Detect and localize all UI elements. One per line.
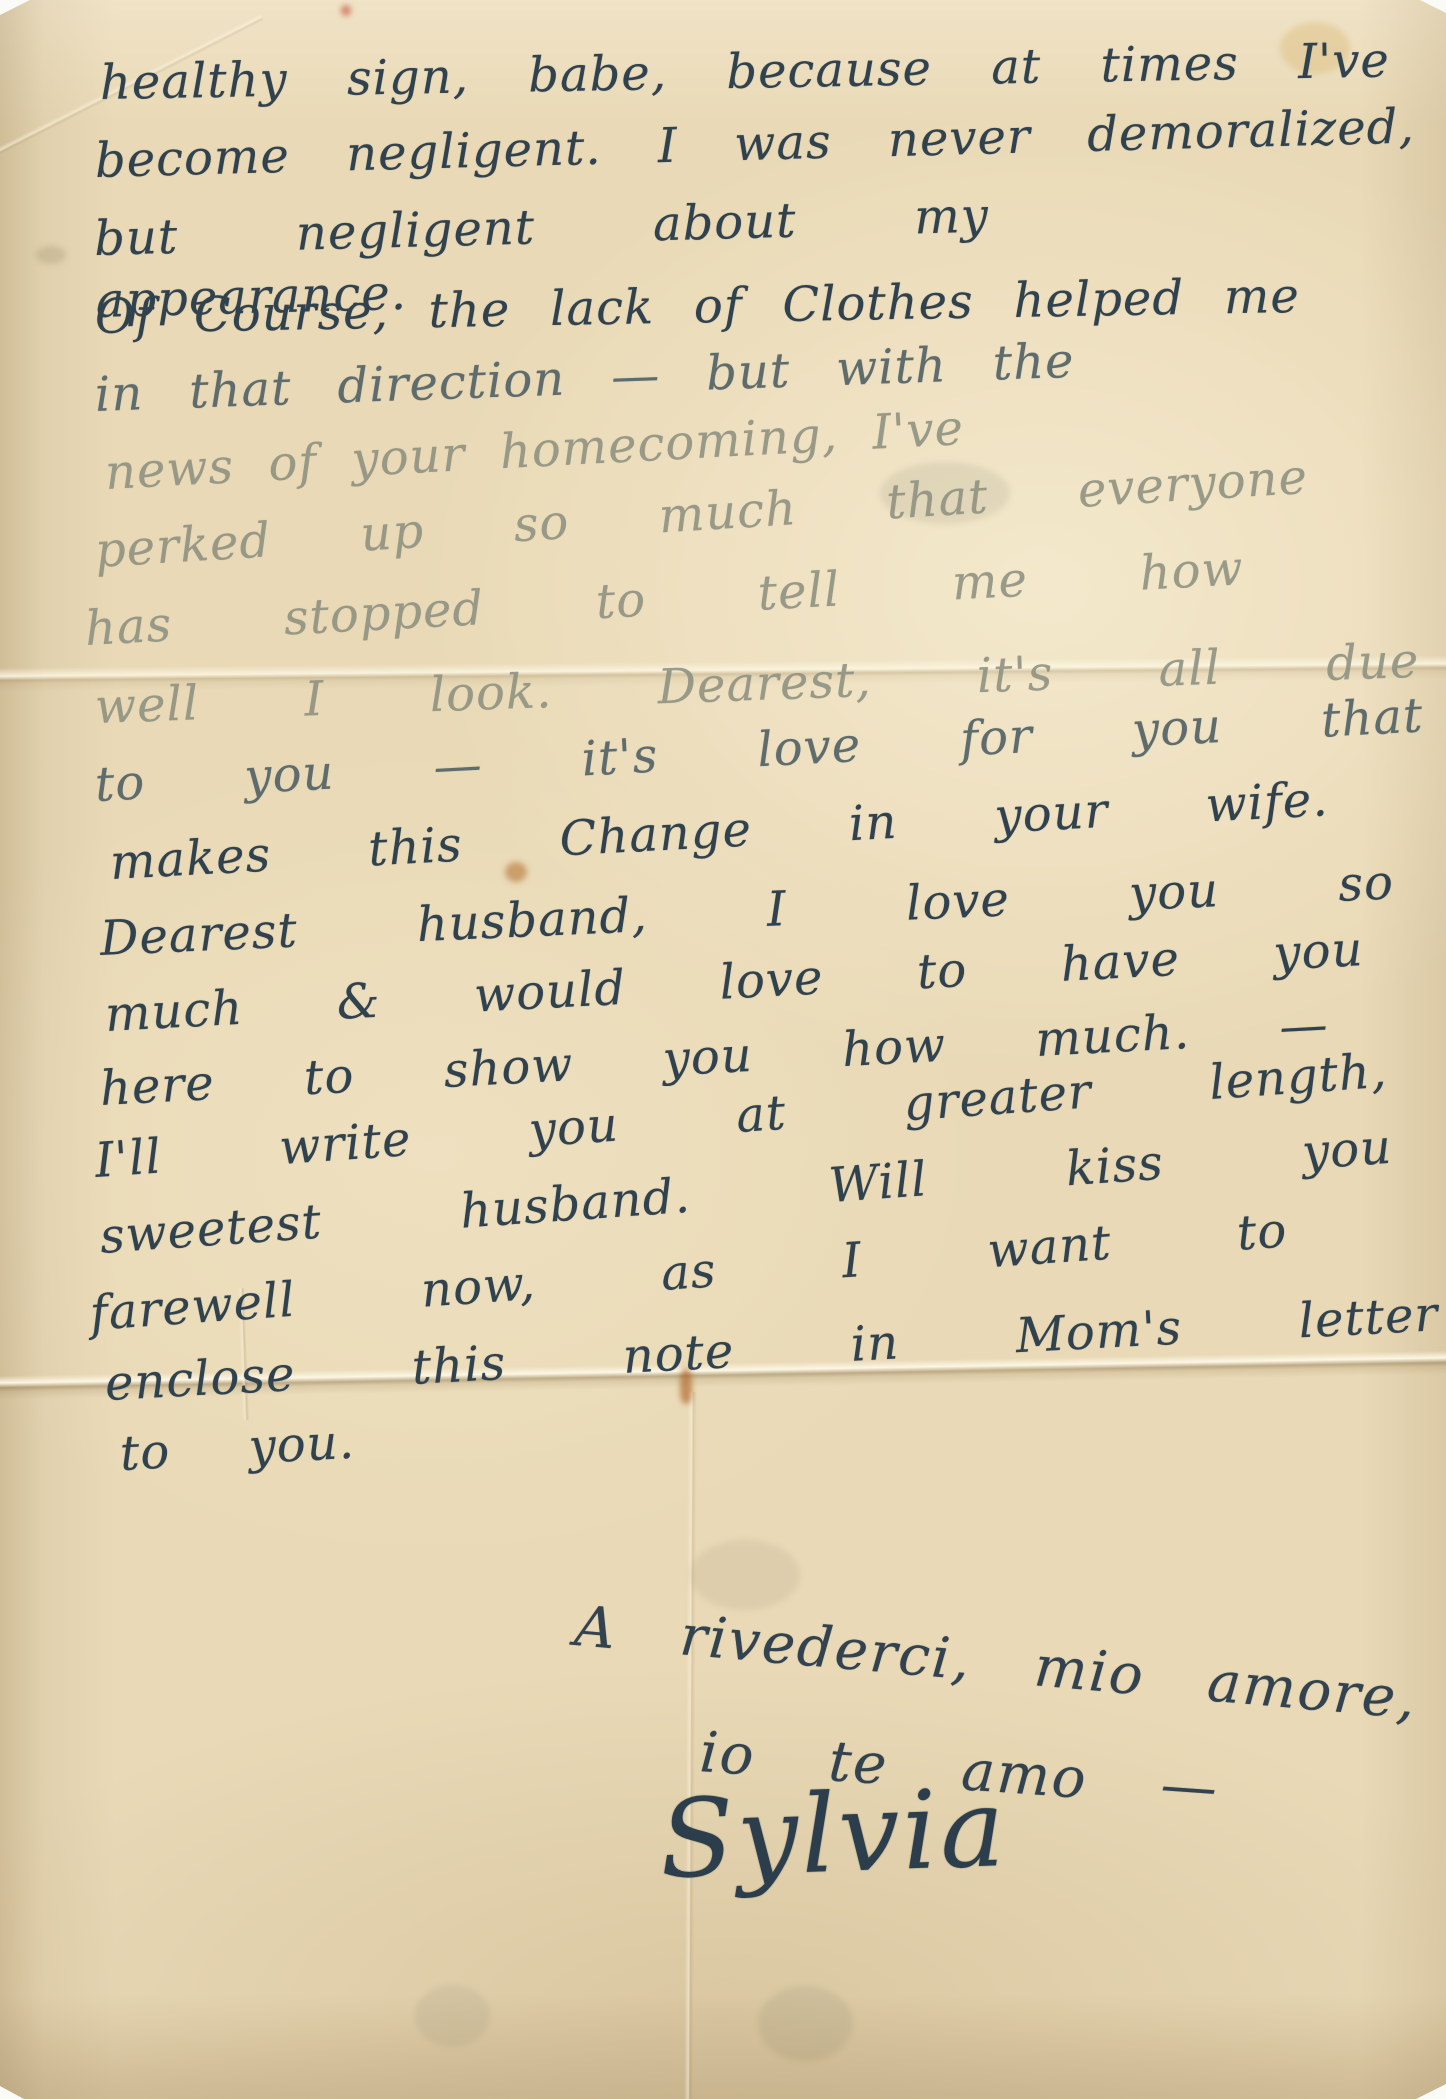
letter-paper: healthy sign, babe, because at times I'v…	[0, 0, 1446, 2099]
letter-line: Dearest husband, I love you so	[99, 852, 1395, 971]
scan-corner-bottom-right	[1416, 2084, 1446, 2099]
closing-line: A rivederci, mio amore,	[572, 1592, 1420, 1735]
letter-line: become negligent. I was never demoralize…	[94, 95, 1415, 192]
letter-line: to you.	[118, 1411, 356, 1486]
letter-line: well I look. Dearest, it's all due	[94, 630, 1420, 739]
letter-line: sweetest husband. Will kiss you	[98, 1116, 1394, 1269]
letter-line: but negligent about my appearance.	[93, 185, 991, 333]
scan-corner-bottom-left	[0, 2086, 24, 2099]
letter-line: news of your homecoming, I've	[103, 397, 965, 504]
diagonal-wrinkle	[0, 14, 264, 171]
closing-line: io te amo —	[698, 1718, 1222, 1824]
letter-line: has stopped to tell me how	[83, 537, 1245, 660]
signature: Sylvia	[658, 1766, 1010, 1903]
vertical-crease	[684, 1392, 697, 2099]
wrinkle-crease	[238, 1288, 250, 1420]
letter-line: healthy sign, babe, because at times I'v…	[99, 29, 1390, 114]
rust-stain	[680, 1368, 692, 1404]
smudge	[36, 246, 66, 264]
letter-line: makes this Change in your wife.	[108, 768, 1330, 894]
ink-ghost-mark	[690, 1540, 800, 1610]
scan-corner-top-right	[1420, 0, 1446, 13]
letter-line: perked up so much that everyone	[93, 446, 1310, 582]
letter-line: Of Course, the lack of Clothes helped me	[94, 265, 1300, 348]
rust-stain	[505, 862, 527, 882]
letter-line: I'll write you at greater length,	[93, 1040, 1389, 1193]
letter-line: here to show you how much. —	[98, 994, 1330, 1121]
fold-crease-bottom	[0, 1350, 1446, 1400]
ink-ghost-mark	[758, 1986, 853, 2061]
letter-line: farewell now, as I want to	[88, 1199, 1289, 1345]
letter-line: much & would love to have you	[103, 918, 1365, 1046]
letter-line: enclose this note in Mom's letter	[103, 1283, 1439, 1415]
fold-crease-top	[0, 655, 1446, 692]
letter-line: in that direction — but with the	[94, 330, 1076, 427]
scan-corner-top-left	[0, 0, 30, 15]
smudge	[880, 462, 1010, 524]
ink-ghost-mark	[415, 1985, 490, 2047]
yellow-stain	[1280, 22, 1350, 74]
letter-line: to you — it's love for you that	[93, 684, 1424, 816]
red-speck	[341, 5, 351, 16]
